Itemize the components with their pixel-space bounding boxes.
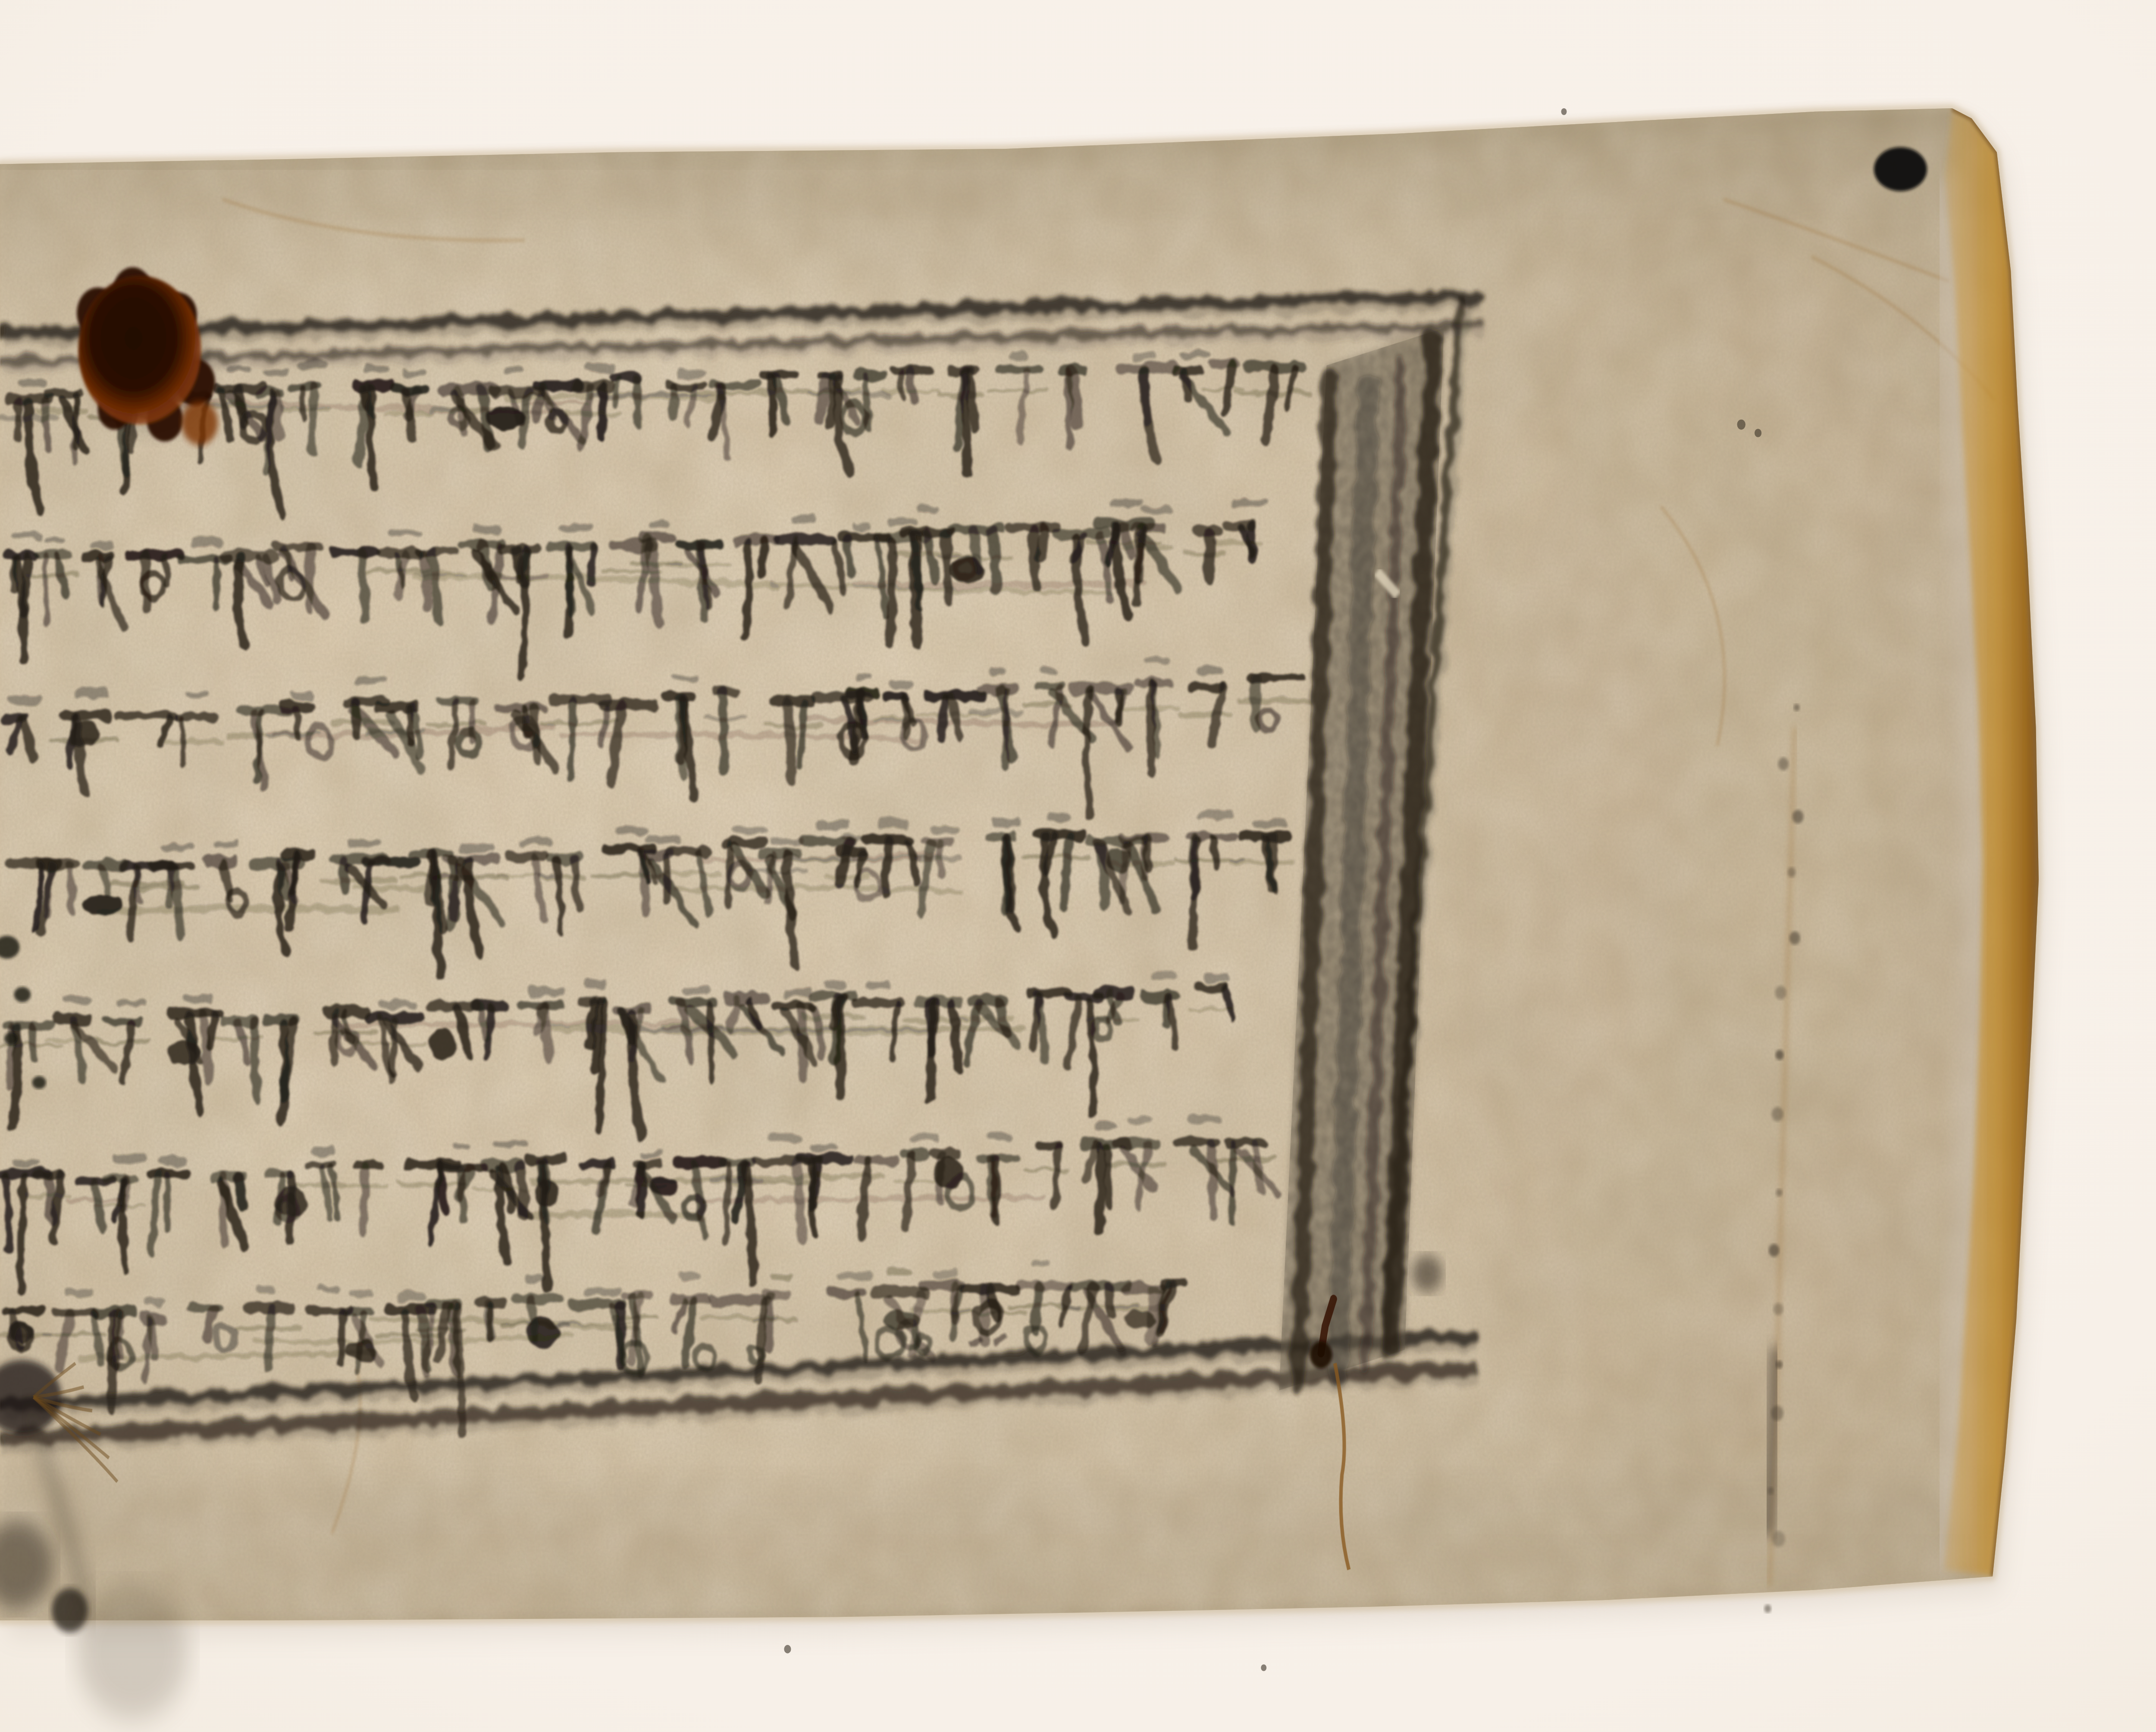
corner-smudge (77, 1585, 188, 1720)
ink-dot (1874, 147, 1927, 191)
photo-stage (0, 0, 2156, 1732)
paper-texture-layer (0, 0, 2156, 1732)
manuscript-photo (0, 0, 2156, 1732)
resin-stain (78, 276, 201, 424)
soot-trail (1768, 1348, 1776, 1536)
